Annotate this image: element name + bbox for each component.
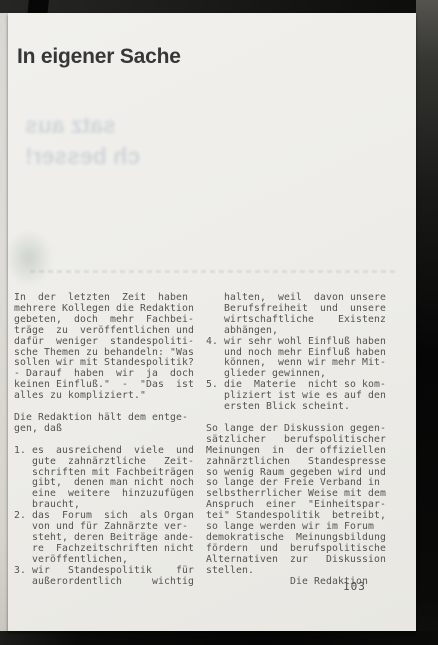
magazine-page: In eigener Sache satz aus ch besser! In … <box>8 13 416 631</box>
showthrough-rule <box>30 270 398 273</box>
scan-border-right <box>416 0 438 645</box>
scan-border-top <box>0 0 438 13</box>
showthrough-ghost-line-1: satz aus <box>25 110 187 141</box>
showthrough-image-blob <box>0 221 60 295</box>
page-title: In eigener Sache <box>17 45 181 69</box>
scanned-magazine-page: In eigener Sache satz aus ch besser! In … <box>0 0 438 645</box>
body-column-right: halten, weil davon unsere Berufsfreiheit… <box>206 293 406 587</box>
showthrough-ghost-text: satz aus ch besser! <box>25 110 187 172</box>
showthrough-ghost-line-2: ch besser! <box>25 141 187 172</box>
body-column-left: In der letzten Zeit haben mehrere Kolleg… <box>14 293 214 587</box>
page-edge-strip <box>0 13 8 631</box>
scan-border-bottom <box>0 631 438 645</box>
page-number: 103 <box>343 580 366 593</box>
